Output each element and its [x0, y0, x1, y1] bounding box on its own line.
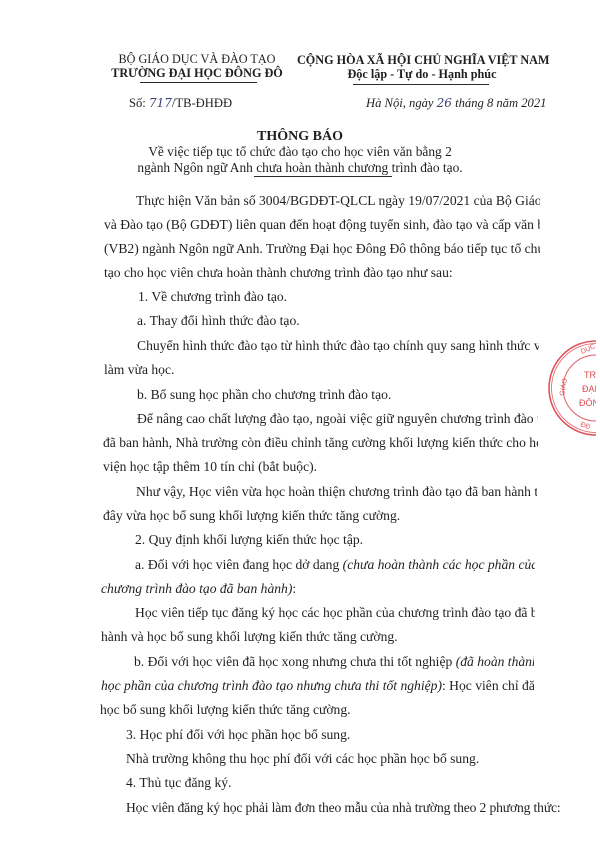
date-suffix: tháng 8 năm 2021: [455, 96, 546, 110]
section-1-summary-line-1: Như vậy, Học viên vừa học hoàn thiện chư…: [136, 484, 537, 499]
section-2b-lead: b. Đối với học viên đã học xong nhưng ch…: [134, 654, 452, 669]
notice-subject-line-1: Về việc tiếp tục tổ chức đào tạo cho học…: [0, 144, 600, 160]
section-2a-italic-1: (chưa hoàn thành các học phần của: [343, 557, 535, 572]
section-1a-heading: a. Thay đổi hình thức đào tạo.: [137, 313, 300, 328]
section-2-heading: 2. Quy định khối lượng kiến thức học tập…: [135, 532, 363, 547]
section-2a-line-2: chương trình đào tạo đã ban hành):: [101, 581, 296, 596]
ministry-name: BỘ GIÁO DỤC VÀ ĐÀO TẠO: [107, 52, 287, 66]
section-3-text: Nhà trường không thu học phí đối với các…: [126, 751, 479, 766]
section-2a-italic-2: chương trình đào tạo đã ban hành): [101, 581, 292, 596]
subject-underline: [254, 176, 392, 177]
section-1b-text-line-1: Để nâng cao chất lượng đào tạo, ngoài vi…: [137, 411, 538, 426]
document-number-handwritten: 717: [149, 96, 172, 110]
stamp-ring-text-top: DỤC: [580, 343, 597, 356]
intro-line-1: Thực hiện Văn bản số 3004/BGDĐT-QLCL ngà…: [136, 193, 540, 208]
intro-line-4: tạo cho học viên chưa hoàn thành chương …: [104, 265, 453, 280]
section-2b-italic-1: (đã hoàn thành các: [456, 654, 534, 669]
stamp-ring-text-left: GIÁO: [557, 377, 569, 396]
notice-subject-line-2: ngành Ngôn ngữ Anh chưa hoàn thành chươn…: [0, 160, 600, 176]
section-4-heading: 4. Thủ tục đăng ký.: [126, 775, 231, 790]
document-number-suffix: /TB-ĐHĐĐ: [172, 96, 232, 110]
section-3-heading: 3. Học phí đối với học phần học bổ sung.: [126, 727, 350, 742]
section-2b-tail: : Học viên chỉ đăng ký: [442, 678, 534, 693]
section-2b-line-1: b. Đối với học viên đã học xong nhưng ch…: [134, 654, 534, 669]
intro-line-3: (VB2) ngành Ngôn ngữ Anh. Trường Đại học…: [104, 241, 540, 256]
document-number: Số: 717/TB-ĐHĐĐ: [129, 96, 232, 110]
section-1b-text-line-3: viện học tập thêm 10 tín chỉ (bắt buộc).: [103, 459, 317, 474]
section-2a-line-1: a. Đối với học viên đang học dở dang (ch…: [135, 557, 535, 572]
section-1b-text-line-2: đã ban hành, Nhà trường còn điều chỉnh t…: [103, 435, 538, 450]
nation-name: CỘNG HÒA XÃ HỘI CHỦ NGHĨA VIỆT NAM: [297, 53, 547, 67]
document-date: Hà Nội, ngày 26 tháng 8 năm 2021: [366, 96, 546, 110]
scan-edge: [596, 0, 600, 847]
section-1b-heading: b. Bổ sung học phần cho chương trình đào…: [137, 387, 391, 402]
section-1-heading: 1. Về chương trình đào tạo.: [138, 289, 287, 304]
stamp-inner-line-2: ĐẠI: [582, 384, 597, 394]
university-name: TRƯỜNG ĐẠI HỌC ĐÔNG ĐÔ: [107, 66, 287, 80]
university-underline: [140, 82, 257, 83]
section-2a-text-line-2: hành và học bổ sung khối lượng kiến thức…: [101, 629, 398, 644]
section-2a-text-line-1: Học viên tiếp tục đăng ký học các học ph…: [135, 605, 535, 620]
date-day-handwritten: 26: [437, 96, 452, 110]
date-prefix: Hà Nội, ngày: [366, 96, 434, 110]
national-motto: Độc lập - Tự do - Hạnh phúc: [297, 67, 547, 81]
notice-heading: THÔNG BÁO: [0, 129, 600, 145]
section-2b-line-2: học phần của chương trình đào tạo nhưng …: [101, 678, 534, 693]
section-1a-text-line-1: Chuyển hình thức đào tạo từ hình thức đà…: [137, 338, 539, 353]
section-2a-tail: :: [292, 581, 296, 596]
section-2a-lead: a. Đối với học viên đang học dở dang: [135, 557, 339, 572]
intro-line-2: và Đào tạo (Bộ GDĐT) liên quan đến hoạt …: [104, 217, 540, 232]
section-4-text: Học viên đăng ký học phải làm đơn theo m…: [126, 800, 561, 815]
stamp-inner-line-1: TR: [584, 370, 596, 380]
section-1a-text-line-2: làm vừa học.: [104, 362, 174, 377]
document-number-label: Số:: [129, 96, 146, 110]
section-2b-italic-2: học phần của chương trình đào tạo nhưng …: [101, 678, 442, 693]
official-seal-stamp: GIÁO DỤC ĐĐ TR ĐẠI ĐÔN: [546, 338, 600, 438]
motto-underline: [353, 84, 489, 85]
section-2b-line-3: học bổ sung khối lượng kiến thức tăng cư…: [100, 702, 351, 717]
section-1-summary-line-2: đây vừa học bổ sung khối lượng kiến thức…: [103, 508, 400, 523]
